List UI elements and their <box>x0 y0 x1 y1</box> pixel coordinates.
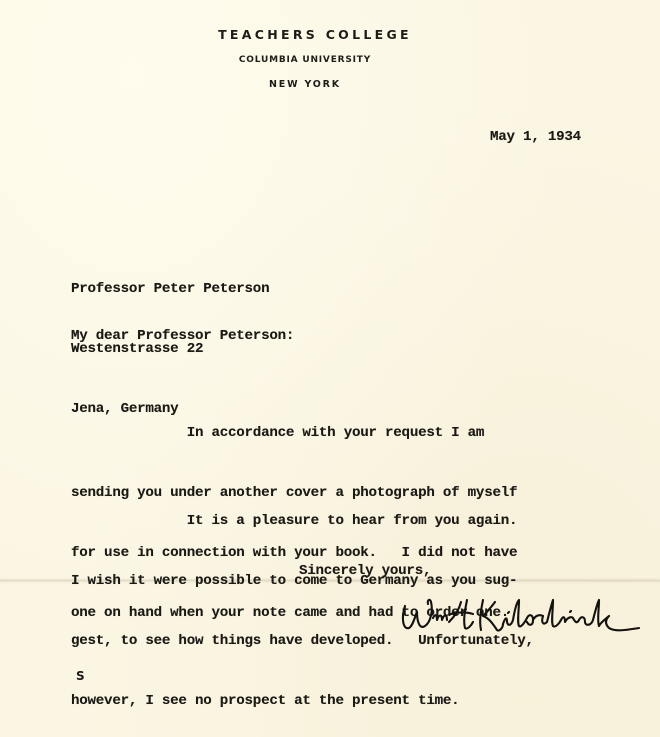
handwritten-signature <box>395 592 645 644</box>
paragraph-line: It is a pleasure to hear from you again. <box>71 511 534 531</box>
letterhead-institution: TEACHERS COLLEGE <box>0 27 620 42</box>
letterhead-city: NEW YORK <box>0 79 610 90</box>
letterhead-university: COLUMBIA UNIVERSITY <box>0 55 610 65</box>
paragraph-line: however, I see no prospect at the presen… <box>71 691 534 711</box>
recipient-name: Professor Peter Peterson <box>71 279 269 299</box>
typist-initial: S <box>76 669 84 683</box>
salutation: My dear Professor Peterson: <box>71 328 294 344</box>
closing: Sincerely yours, <box>299 563 431 579</box>
letter-date: May 1, 1934 <box>490 129 581 145</box>
paragraph-line: In accordance with your request I am <box>71 423 517 443</box>
